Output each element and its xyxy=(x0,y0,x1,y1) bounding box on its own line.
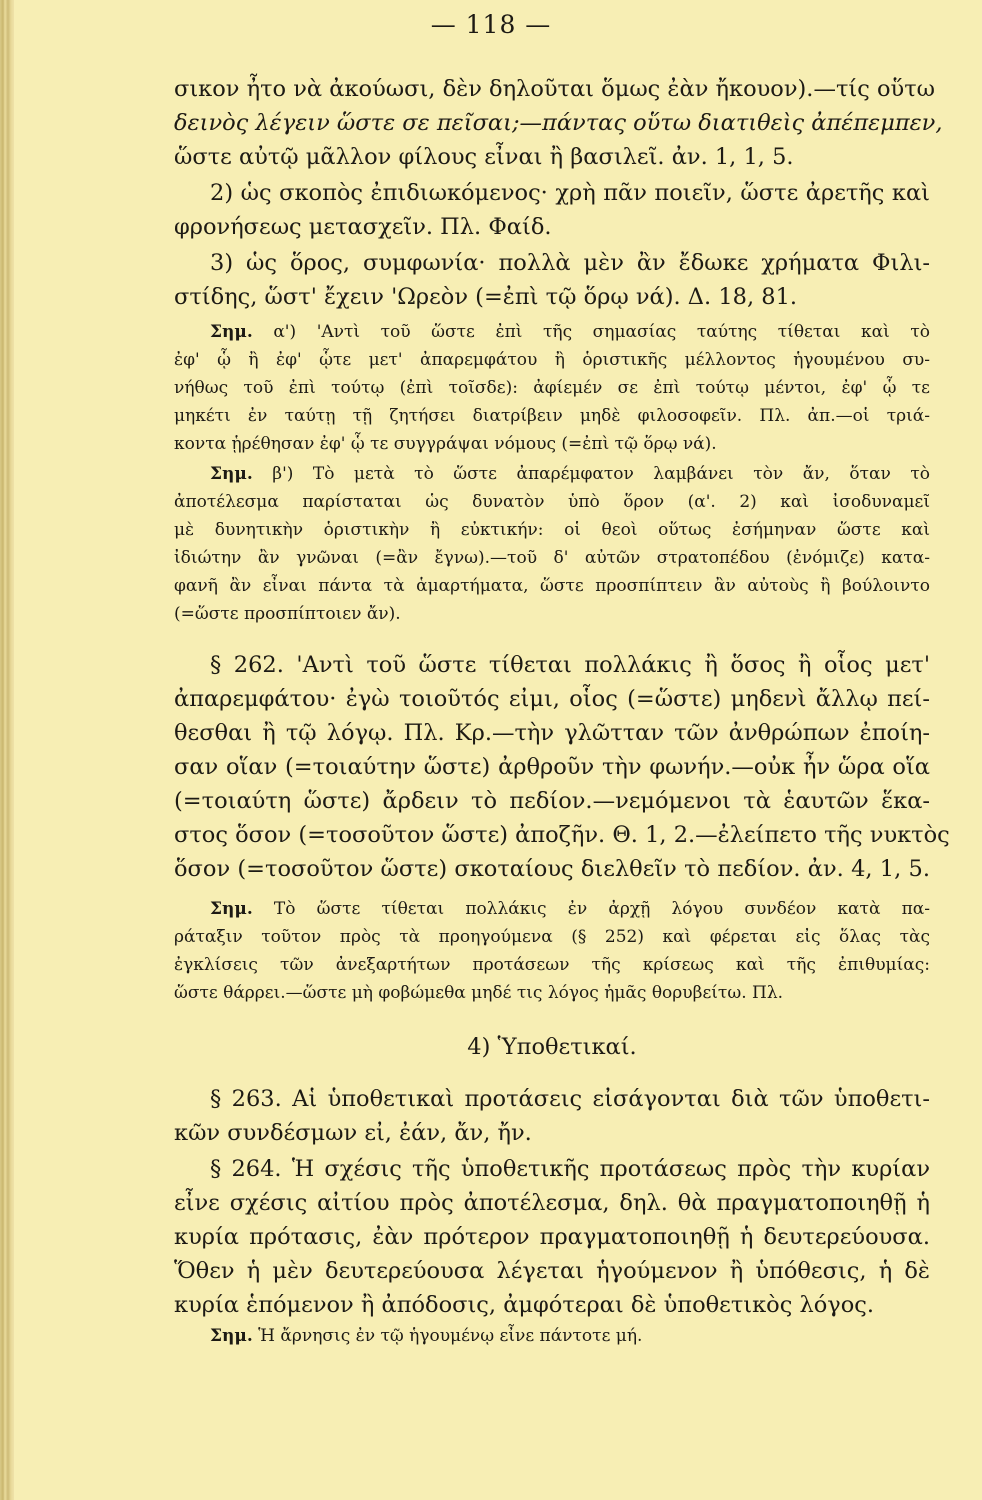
text-line: θεσθαι ἢ τῷ λόγῳ. Πλ. Κρ.—τὴν γλῶτταν τῶ… xyxy=(174,716,930,750)
note-label: Σημ. xyxy=(210,464,253,484)
text-line: σικον ἦτο νὰ ἀκούωσι, δὲν δηλοῦται ὅμως … xyxy=(174,72,930,106)
text-line: § 262. 'Αντὶ τοῦ ὥστε τίθεται πολλάκις ἢ… xyxy=(210,648,930,682)
text-line-content: ἀποτέλεσμα παρίσταται ὡς δυνατὸν ὑπὸ ὅρο… xyxy=(174,492,930,512)
page-number: — 118 — xyxy=(0,10,982,39)
note-label: Σημ. xyxy=(210,322,253,342)
text-line-content: 2) ὡς σκοπὸς ἐπιδιωκόμενος· χρὴ πᾶν ποιε… xyxy=(210,180,930,206)
text-line-content: φρονήσεως μετασχεῖν. Πλ. Φαίδ. xyxy=(174,214,552,240)
text-line-content: ἐφ' ᾧ ἢ ἐφ' ᾧτε μετ' ἀπαρεμφάτου ἢ ὁριστ… xyxy=(174,350,930,370)
text-line: (=ὥστε προσπίπτοιεν ἄν). xyxy=(174,600,930,628)
text-line-content: ἀπαρεμφάτου· ἐγὼ τοιοῦτός εἰμι, οἷος (=ὥ… xyxy=(174,686,930,712)
text-line-content: ὅσον (=τοσοῦτον ὥστε) σκοταίους διελθεῖν… xyxy=(174,856,930,882)
text-line-content: ἰδιώτην ἂν γνῶναι (=ἂν ἔγνω).—τοῦ δ' αὐτ… xyxy=(174,548,930,568)
text-line: μηκέτι ἐν ταύτῃ τῇ ζητήσει διατρίβειν μη… xyxy=(174,402,930,430)
text-line: Σημ. Τὸ ὥστε τίθεται πολλάκις ἐν ἀρχῇ λό… xyxy=(210,895,930,923)
text-line: Σημ. Ἡ ἄρνησις ἐν τῷ ἡγουμένῳ εἶνε πάντο… xyxy=(210,1322,930,1350)
text-line-content: κῶν συνδέσμων εἰ, ἐάν, ἄν, ἤν. xyxy=(174,1120,532,1146)
text-line: ἰδιώτην ἂν γνῶναι (=ἂν ἔγνω).—τοῦ δ' αὐτ… xyxy=(174,544,930,572)
text-line-content: εἶνε σχέσις αἰτίου πρὸς ἀποτέλεσμα, δηλ.… xyxy=(174,1190,930,1216)
text-line: σαν οἵαν (=τοιαύτην ὥστε) ἀρθροῦν τὴν φω… xyxy=(174,750,930,784)
text-line: § 264. Ἡ σχέσις τῆς ὑποθετικῆς προτάσεως… xyxy=(210,1152,930,1186)
text-line: μὲ δυνητικὴν ὁριστικὴν ἢ εὐκτικήν: οἱ θε… xyxy=(174,516,930,544)
text-line-content: 4) Ὑποθετικαί. xyxy=(467,1034,636,1060)
text-line-content: β') Τὸ μετὰ τὸ ὥστε ἀπαρέμφατον λαμβάνει… xyxy=(253,464,930,484)
text-line-content: στος ὅσον (=τοσοῦτον ὥστε) ἀποζῆν. Θ. 1,… xyxy=(174,822,950,848)
text-line: Σημ. α') 'Αντὶ τοῦ ὥστε ἐπὶ τῆς σημασίας… xyxy=(210,318,930,346)
note-label: Σημ. xyxy=(210,1326,253,1346)
text-line: (=τοιαύτη ὥστε) ἄρδειν τὸ πεδίον.—νεμόμε… xyxy=(174,784,930,818)
text-line-content: μηκέτι ἐν ταύτῃ τῇ ζητήσει διατρίβειν μη… xyxy=(174,406,930,426)
text-line: κυρία ἑπόμενον ἢ ἀπόδοσις, ἀμφότεραι δὲ … xyxy=(174,1288,930,1322)
text-line-content: α') 'Αντὶ τοῦ ὥστε ἐπὶ τῆς σημασίας ταύτ… xyxy=(253,322,930,342)
text-line-content: (=ὥστε προσπίπτοιεν ἄν). xyxy=(174,604,401,624)
text-line-content: σαν οἵαν (=τοιαύτην ὥστε) ἀρθροῦν τὴν φω… xyxy=(174,754,930,780)
text-line: ὥστε θάρρει.—ὥστε μὴ φοβώμεθα μηδέ τις λ… xyxy=(174,979,930,1007)
text-line-content: Τὸ ὥστε τίθεται πολλάκις ἐν ἀρχῇ λόγου σ… xyxy=(253,899,930,919)
text-line-content: Ἡ ἄρνησις ἐν τῷ ἡγουμένῳ εἶνε πάντοτε μή… xyxy=(253,1326,643,1346)
text-line: κῶν συνδέσμων εἰ, ἐάν, ἄν, ἤν. xyxy=(174,1116,930,1150)
text-line: στίδης, ὥστ' ἔχειν 'Ωρεὸν (=ἐπὶ τῷ ὅρῳ ν… xyxy=(174,280,930,314)
text-line: ἐγκλίσεις τῶν ἀνεξαρτήτων προτάσεων τῆς … xyxy=(174,951,930,979)
text-line-content: δεινὸς λέγειν ὥστε σε πεῖσαι;—πάντας οὕτ… xyxy=(174,110,943,136)
text-line: Σημ. β') Τὸ μετὰ τὸ ὥστε ἀπαρέμφατον λαμ… xyxy=(210,460,930,488)
text-line: δεινὸς λέγειν ὥστε σε πεῖσαι;—πάντας οὕτ… xyxy=(174,106,930,140)
text-line: ὥστε αὐτῷ μᾶλλον φίλους εἶναι ἢ βασιλεῖ.… xyxy=(174,140,930,174)
text-line: ἀπαρεμφάτου· ἐγὼ τοιοῦτός εἰμι, οἷος (=ὥ… xyxy=(174,682,930,716)
text-line: στος ὅσον (=τοσοῦτον ὥστε) ἀποζῆν. Θ. 1,… xyxy=(174,818,930,852)
text-line-content: μὲ δυνητικὴν ὁριστικὴν ἢ εὐκτικήν: οἱ θε… xyxy=(174,520,930,540)
text-line: § 263. Αἱ ὑποθετικαὶ προτάσεις εἰσάγοντα… xyxy=(210,1082,930,1116)
text-line: κοντα ᾑρέθησαν ἐφ' ᾧ τε συγγράψαι νόμους… xyxy=(174,430,930,458)
text-line-content: ὥστε αὐτῷ μᾶλλον φίλους εἶναι ἢ βασιλεῖ.… xyxy=(174,144,794,170)
text-line: 2) ὡς σκοπὸς ἐπιδιωκόμενος· χρὴ πᾶν ποιε… xyxy=(210,176,930,210)
text-line-content: φανῆ ἂν εἶναι πάντα τὰ ἁμαρτήματα, ὥστε … xyxy=(174,576,930,596)
text-line: ράταξιν τοῦτον πρὸς τὰ προηγούμενα (§ 25… xyxy=(174,923,930,951)
text-line: φανῆ ἂν εἶναι πάντα τὰ ἁμαρτήματα, ὥστε … xyxy=(174,572,930,600)
text-line: 4) Ὑποθετικαί. xyxy=(174,1030,930,1064)
text-line: κυρία πρότασις, ἐὰν πρότερον πραγματοποι… xyxy=(174,1220,930,1254)
text-line-content: στίδης, ὥστ' ἔχειν 'Ωρεὸν (=ἐπὶ τῷ ὅρῳ ν… xyxy=(174,284,797,310)
text-line-content: ράταξιν τοῦτον πρὸς τὰ προηγούμενα (§ 25… xyxy=(174,927,930,947)
page-binding-edge xyxy=(0,0,14,1500)
text-line: Ὅθεν ἡ μὲν δευτερεύουσα λέγεται ἡγούμενο… xyxy=(174,1254,930,1288)
text-line-content: Ὅθεν ἡ μὲν δευτερεύουσα λέγεται ἡγούμενο… xyxy=(174,1258,930,1284)
text-line: φρονήσεως μετασχεῖν. Πλ. Φαίδ. xyxy=(174,210,930,244)
text-line-content: νήθως τοῦ ἐπὶ τούτῳ (ἐπὶ τοῖσδε): ἀφίεμέ… xyxy=(174,378,930,398)
text-line-content: ἐγκλίσεις τῶν ἀνεξαρτήτων προτάσεων τῆς … xyxy=(174,955,930,975)
text-line-content: σικον ἦτο νὰ ἀκούωσι, δὲν δηλοῦται ὅμως … xyxy=(174,76,935,102)
text-line-content: 3) ὡς ὅρος, συμφωνία· πολλὰ μὲν ἂν ἔδωκε… xyxy=(210,250,930,276)
text-line-content: § 264. Ἡ σχέσις τῆς ὑποθετικῆς προτάσεως… xyxy=(210,1156,930,1182)
text-line: ἀποτέλεσμα παρίσταται ὡς δυνατὸν ὑπὸ ὅρο… xyxy=(174,488,930,516)
text-line: ἐφ' ᾧ ἢ ἐφ' ᾧτε μετ' ἀπαρεμφάτου ἢ ὁριστ… xyxy=(174,346,930,374)
text-line: ὅσον (=τοσοῦτον ὥστε) σκοταίους διελθεῖν… xyxy=(174,852,930,886)
text-line-content: (=τοιαύτη ὥστε) ἄρδειν τὸ πεδίον.—νεμόμε… xyxy=(174,788,930,814)
text-line: νήθως τοῦ ἐπὶ τούτῳ (ἐπὶ τοῖσδε): ἀφίεμέ… xyxy=(174,374,930,402)
text-line-content: θεσθαι ἢ τῷ λόγῳ. Πλ. Κρ.—τὴν γλῶτταν τῶ… xyxy=(174,720,930,746)
text-line: εἶνε σχέσις αἰτίου πρὸς ἀποτέλεσμα, δηλ.… xyxy=(174,1186,930,1220)
text-line-content: § 263. Αἱ ὑποθετικαὶ προτάσεις εἰσάγοντα… xyxy=(210,1086,930,1112)
text-line-content: κυρία ἑπόμενον ἢ ἀπόδοσις, ἀμφότεραι δὲ … xyxy=(174,1292,874,1318)
text-line: 3) ὡς ὅρος, συμφωνία· πολλὰ μὲν ἂν ἔδωκε… xyxy=(210,246,930,280)
text-line-content: § 262. 'Αντὶ τοῦ ὥστε τίθεται πολλάκις ἢ… xyxy=(210,652,930,678)
text-line-content: κυρία πρότασις, ἐὰν πρότερον πραγματοποι… xyxy=(174,1224,930,1250)
text-line-content: ὥστε θάρρει.—ὥστε μὴ φοβώμεθα μηδέ τις λ… xyxy=(174,983,783,1003)
text-line-content: κοντα ᾑρέθησαν ἐφ' ᾧ τε συγγράψαι νόμους… xyxy=(174,434,717,454)
note-label: Σημ. xyxy=(210,899,253,919)
